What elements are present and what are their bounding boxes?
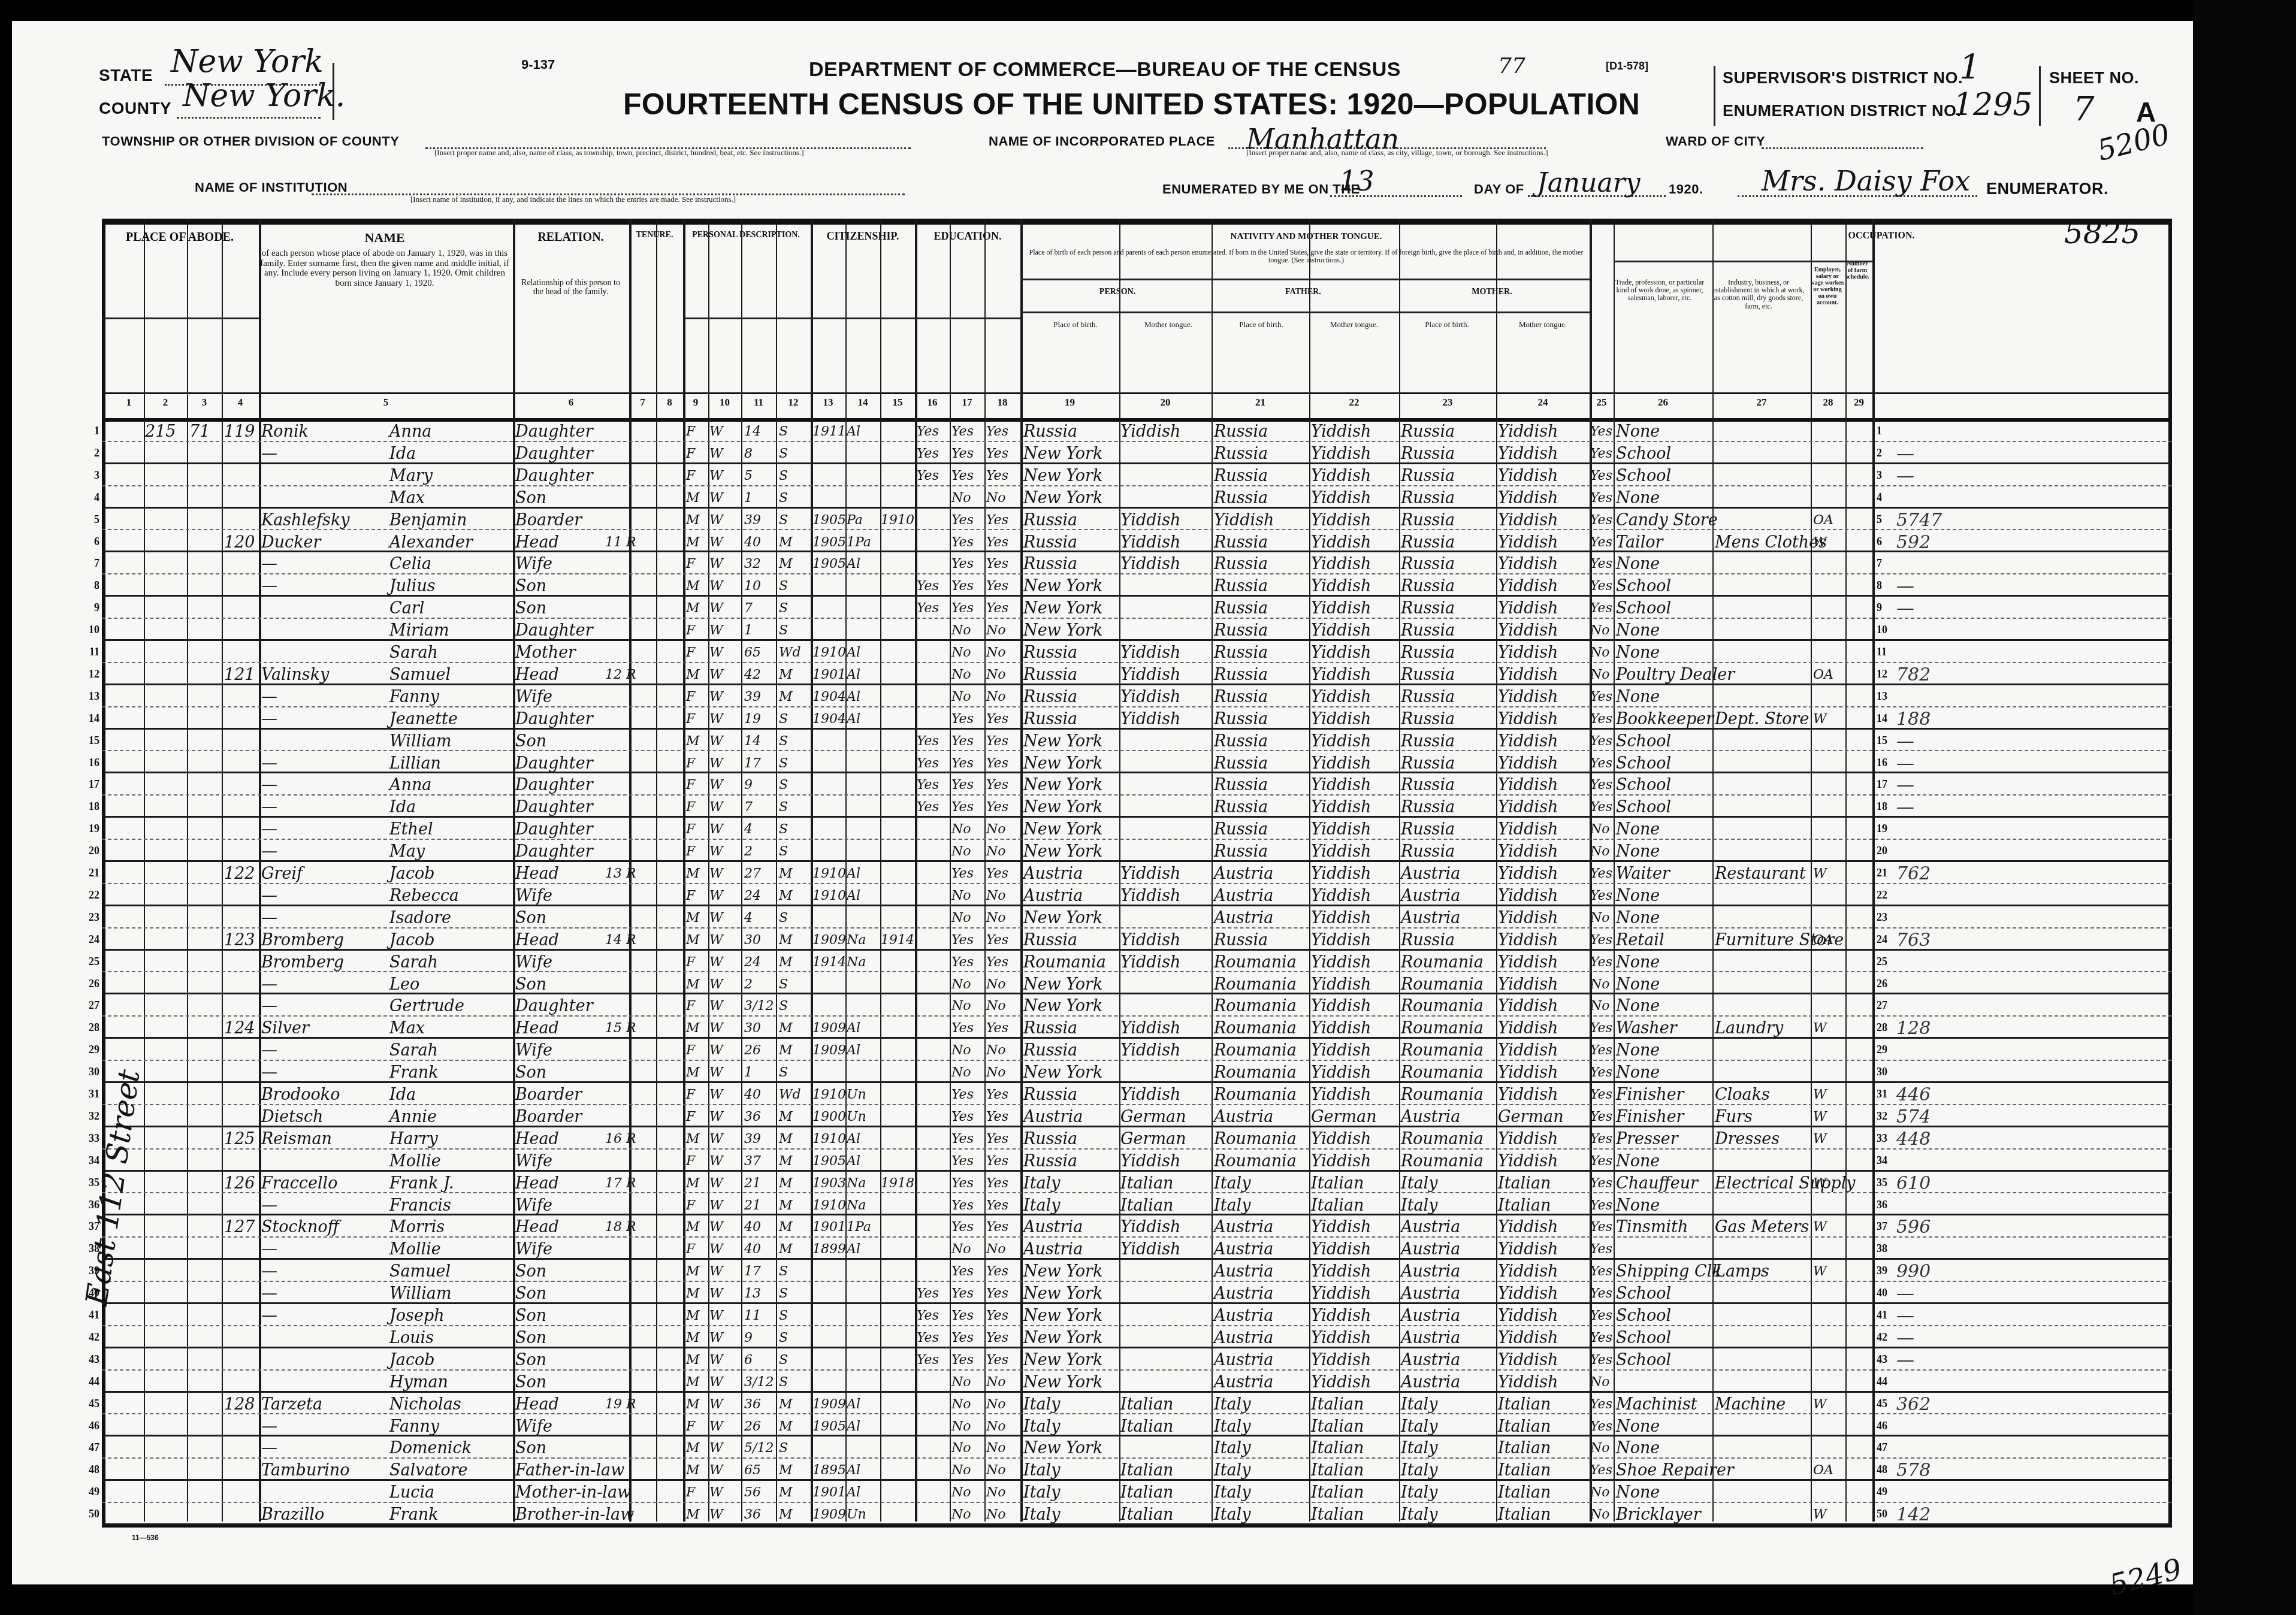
cell-relation: Son — [515, 906, 617, 929]
line-number: 30 — [84, 1066, 99, 1078]
cell-m-tongue: Italian — [1498, 1415, 1588, 1437]
cell-industry: Gas Meters — [1715, 1215, 1811, 1238]
cell-school — [917, 840, 949, 862]
cell-birth: New York — [1023, 1371, 1119, 1393]
cell-m-tongue: Yiddish — [1498, 420, 1588, 442]
cell-race: W — [709, 619, 741, 641]
cell-class: W — [1813, 707, 1844, 730]
cell-industry: Dept. Store — [1715, 707, 1811, 730]
cell-age: 39 — [744, 1127, 775, 1150]
cell-dwelling — [189, 486, 219, 509]
cell-race: W — [709, 862, 741, 884]
cell-surname: — — [261, 442, 385, 464]
cell-nat — [847, 1304, 878, 1326]
line-number-right: 26 — [1877, 978, 1892, 990]
cell-english: Yes — [1590, 552, 1613, 574]
cell-tenure — [605, 1304, 653, 1326]
cell-marital: S — [779, 994, 809, 1017]
cell-tenure — [605, 951, 653, 973]
cell-read: Yes — [951, 796, 984, 818]
margin-note — [1896, 1238, 1944, 1260]
cell-surname: — — [261, 1260, 385, 1282]
cell-sex: F — [686, 752, 708, 774]
cell-nat: Un — [847, 1105, 878, 1127]
cell-f-tongue: Italian — [1311, 1459, 1398, 1481]
cell-tenure — [605, 420, 653, 442]
cell-dwelling — [189, 1260, 219, 1282]
cell-m-tongue: Yiddish — [1498, 707, 1588, 730]
line-number-right: 18 — [1877, 800, 1892, 813]
cell-birth: New York — [1023, 619, 1119, 641]
cell-m-tongue: Yiddish — [1498, 1061, 1588, 1083]
cell-dwelling — [189, 1172, 219, 1194]
cell-immig: 1911 — [812, 420, 847, 442]
cell-dwelling — [189, 1150, 219, 1172]
cell-nat: Al — [847, 1127, 878, 1150]
cell-f-tongue: Yiddish — [1311, 509, 1398, 531]
cell-nat — [847, 773, 878, 796]
cell-family — [224, 1039, 255, 1061]
cell-trade: None — [1616, 1415, 1718, 1437]
incorporated-place-note: [Insert proper name and, also, name of c… — [1246, 148, 1548, 158]
cell-industry — [1715, 1326, 1811, 1348]
cell-nat — [847, 818, 878, 840]
cell-class — [1813, 1150, 1844, 1172]
cell-relation: Wife — [515, 1039, 617, 1061]
cell-family — [224, 1282, 255, 1304]
cell-f-birth: Roumania — [1214, 951, 1310, 973]
cell-f-birth: Roumania — [1214, 973, 1310, 995]
cell-industry — [1715, 752, 1811, 774]
margin-note — [1896, 884, 1944, 906]
cell-m-tongue: Yiddish — [1498, 1127, 1588, 1150]
cell-age: 14 — [744, 420, 775, 442]
sheet-value: 7 — [2073, 90, 2095, 129]
cell-english: Yes — [1590, 951, 1613, 973]
cell-race: W — [709, 818, 741, 840]
cell-birth: Italy — [1023, 1481, 1119, 1503]
cell-race: W — [709, 796, 741, 818]
cell-f-tongue: Italian — [1311, 1172, 1398, 1194]
cell-house — [145, 1215, 181, 1238]
cell-tongue — [1120, 752, 1210, 774]
cell-m-tongue: Yiddish — [1498, 951, 1588, 973]
line-number-right: 44 — [1877, 1375, 1892, 1388]
cell-m-birth: Austria — [1401, 1260, 1496, 1282]
cell-race: W — [709, 1238, 741, 1260]
cell-race: W — [709, 1039, 741, 1061]
cell-marital: S — [779, 1282, 809, 1304]
cell-dwelling: 71 — [189, 420, 219, 442]
cell-f-birth: Russia — [1214, 597, 1310, 619]
header-rule — [1614, 261, 1872, 262]
cell-age: 40 — [744, 1083, 775, 1105]
cell-school — [917, 1503, 949, 1525]
cell-f-birth: Roumania — [1214, 1017, 1310, 1039]
cell-race: W — [709, 1105, 741, 1127]
cell-industry — [1715, 773, 1811, 796]
cell-family — [224, 597, 255, 619]
cell-sex: M — [686, 663, 708, 685]
cell-industry: Furniture Store — [1715, 929, 1811, 951]
cell-birth: Italy — [1023, 1172, 1119, 1194]
cell-tongue: Italian — [1120, 1503, 1210, 1525]
cell-m-tongue: Italian — [1498, 1172, 1588, 1194]
cell-family: 124 — [224, 1017, 255, 1039]
cell-marital: M — [779, 1127, 809, 1150]
cell-marital: S — [779, 840, 809, 862]
cell-family — [224, 1304, 255, 1326]
schedule-rows: 1121571119RonikAnnaDaughterFW14S1911AlYe… — [102, 420, 2172, 1528]
cell-read: No — [951, 1061, 984, 1083]
cell-family: 125 — [224, 1127, 255, 1150]
cell-natyear — [881, 1260, 914, 1282]
cell-marital: S — [779, 1371, 809, 1393]
cell-english: No — [1590, 1481, 1613, 1503]
cell-tongue: Italian — [1120, 1393, 1210, 1415]
cell-trade: None — [1616, 1039, 1718, 1061]
cell-sex: F — [686, 1150, 708, 1172]
line-number-right: 19 — [1877, 822, 1892, 835]
cell-m-birth: Russia — [1401, 574, 1496, 597]
cell-m-tongue: Italian — [1498, 1194, 1588, 1216]
cell-relation: Daughter — [515, 442, 617, 464]
cell-birth: New York — [1023, 597, 1119, 619]
cell-house — [145, 1436, 181, 1459]
cell-industry — [1715, 1238, 1811, 1260]
cell-dwelling — [189, 597, 219, 619]
table-row: 3131BrodookoIdaBoarderFW40Wd1910UnYesYes… — [102, 1083, 2172, 1105]
cell-m-birth: Italy — [1401, 1393, 1496, 1415]
line-number: 3 — [84, 469, 99, 482]
cell-read: Yes — [951, 1260, 984, 1282]
cell-class — [1813, 773, 1844, 796]
cell-house — [145, 552, 181, 574]
margin-note — [1896, 951, 1944, 973]
cell-house — [145, 486, 181, 509]
cell-house — [145, 509, 181, 531]
table-row: 1919—EthelDaughterFW4SNoNoNew YorkRussia… — [102, 818, 2172, 840]
cell-birth: Italy — [1023, 1194, 1119, 1216]
cell-f-birth: Roumania — [1214, 1039, 1310, 1061]
cell-read: Yes — [951, 862, 984, 884]
cell-nat — [847, 486, 878, 509]
cell-surname: Kashlefsky — [261, 509, 385, 531]
cell-natyear — [881, 619, 914, 641]
line-number-right: 24 — [1877, 933, 1892, 946]
margin-note — [1896, 973, 1944, 995]
cell-m-tongue: Yiddish — [1498, 663, 1588, 685]
line-number: 25 — [84, 955, 99, 968]
cell-read: Yes — [951, 597, 984, 619]
cell-tongue — [1120, 973, 1210, 995]
cell-f-birth: Austria — [1214, 884, 1310, 906]
cell-house — [145, 773, 181, 796]
cell-english: Yes — [1590, 509, 1613, 531]
cell-class: W — [1813, 1393, 1844, 1415]
cell-immig — [812, 796, 847, 818]
cell-school — [917, 1172, 949, 1194]
cell-nat — [847, 442, 878, 464]
cell-read: Yes — [951, 442, 984, 464]
cell-relation: Son — [515, 1304, 617, 1326]
cell-relation: Son — [515, 1348, 617, 1371]
cell-race: W — [709, 951, 741, 973]
cell-industry — [1715, 1503, 1811, 1525]
cell-sex: M — [686, 1127, 708, 1150]
cell-surname — [261, 464, 385, 486]
cell-read: No — [951, 663, 984, 685]
line-number: 44 — [84, 1375, 99, 1388]
margin-note — [1896, 1436, 1944, 1459]
cell-trade: Finisher — [1616, 1105, 1718, 1127]
cell-sex: M — [686, 597, 708, 619]
margin-note: 592 — [1896, 531, 1944, 553]
cell-f-tongue: Yiddish — [1311, 552, 1398, 574]
cell-class — [1813, 818, 1844, 840]
cell-f-tongue: Yiddish — [1311, 1348, 1398, 1371]
cell-immig: 1914 — [812, 951, 847, 973]
cell-surname: — — [261, 1194, 385, 1216]
cell-natyear — [881, 1017, 914, 1039]
cell-surname: — — [261, 773, 385, 796]
margin-number-top: 5200 — [2094, 117, 2173, 168]
year-label: 1920. — [1669, 182, 1703, 197]
cell-tenure — [605, 442, 653, 464]
cell-f-tongue: Yiddish — [1311, 906, 1398, 929]
cell-f-birth: Roumania — [1214, 1127, 1310, 1150]
cell-relation: Head — [515, 1127, 617, 1150]
cell-birth: Russia — [1023, 420, 1119, 442]
table-row: 3838—MollieWifeFW40M1899AlNoNoAustriaYid… — [102, 1238, 2172, 1260]
cell-marital: M — [779, 1415, 809, 1437]
cell-m-tongue: Yiddish — [1498, 1348, 1588, 1371]
cell-tenure — [605, 1150, 653, 1172]
cell-f-tongue: Italian — [1311, 1415, 1398, 1437]
margin-note — [1896, 1039, 1944, 1061]
cell-house — [145, 796, 181, 818]
margin-note: — — [1896, 464, 1944, 486]
cell-race: W — [709, 1436, 741, 1459]
cell-birth: Russia — [1023, 509, 1119, 531]
cell-marital: M — [779, 1039, 809, 1061]
line-number: 21 — [84, 867, 99, 879]
cell-age: 39 — [744, 685, 775, 707]
cell-f-birth: Austria — [1214, 1348, 1310, 1371]
cell-read: Yes — [951, 1083, 984, 1105]
cell-english: Yes — [1590, 1105, 1613, 1127]
cell-sex: F — [686, 420, 708, 442]
cell-trade: Finisher — [1616, 1083, 1718, 1105]
cell-class — [1813, 641, 1844, 663]
cell-dwelling — [189, 973, 219, 995]
cell-school — [917, 1260, 949, 1282]
cell-given: Carl — [389, 597, 509, 619]
cell-tongue: Italian — [1120, 1194, 1210, 1216]
cell-school — [917, 1459, 949, 1481]
cell-dwelling — [189, 1348, 219, 1371]
cell-immig: 1905 — [812, 1415, 847, 1437]
cell-marital: M — [779, 1105, 809, 1127]
header-rule — [1020, 279, 1590, 280]
line-number: 26 — [84, 978, 99, 990]
cell-tongue — [1120, 1348, 1210, 1371]
cell-write: No — [986, 906, 1019, 929]
cell-age: 37 — [744, 1150, 775, 1172]
cell-tongue: Italian — [1120, 1415, 1210, 1437]
margin-number-bottom: 5249 — [2106, 1552, 2185, 1602]
cell-surname: — — [261, 752, 385, 774]
cell-m-birth: Austria — [1401, 1282, 1496, 1304]
table-row: 2020—MayDaughterFW2SNoNoNew YorkRussiaYi… — [102, 840, 2172, 862]
cell-school: Yes — [917, 420, 949, 442]
cell-birth: Austria — [1023, 1238, 1119, 1260]
cell-age: 6 — [744, 1348, 775, 1371]
cell-race: W — [709, 840, 741, 862]
cell-sex: M — [686, 730, 708, 752]
cell-natyear — [881, 442, 914, 464]
table-row: 99CarlSonMW7SYesYesYesNew YorkRussiaYidd… — [102, 597, 2172, 619]
cell-school — [917, 1017, 949, 1039]
cell-immig: 1909 — [812, 1039, 847, 1061]
cell-m-tongue: Yiddish — [1498, 884, 1588, 906]
cell-m-birth: Roumania — [1401, 1061, 1496, 1083]
cell-class — [1813, 619, 1844, 641]
cell-class — [1813, 420, 1844, 442]
cell-f-tongue: Yiddish — [1311, 1260, 1398, 1282]
cell-m-birth: Russia — [1401, 752, 1496, 774]
cell-industry — [1715, 1194, 1811, 1216]
cell-relation: Son — [515, 1061, 617, 1083]
cell-dwelling — [189, 862, 219, 884]
cell-tenure — [605, 1282, 653, 1304]
table-row: 4848TamburinoSalvatoreFather-in-lawMW65M… — [102, 1459, 2172, 1481]
form-code: [D1-578] — [1606, 60, 1648, 72]
institution-note: [Insert name of institution, if any, and… — [410, 195, 736, 204]
cell-tongue — [1120, 840, 1210, 862]
cell-immig: 1910 — [812, 884, 847, 906]
cell-school — [917, 641, 949, 663]
cell-given: Julius — [389, 574, 509, 597]
cell-m-birth: Roumania — [1401, 951, 1496, 973]
cell-race: W — [709, 1371, 741, 1393]
cell-immig — [812, 1061, 847, 1083]
table-row: 55KashlefskyBenjaminBoarderMW39S1905Pa19… — [102, 509, 2172, 531]
cell-write: No — [986, 486, 1019, 509]
cell-given: Max — [389, 1017, 509, 1039]
cell-f-tongue: Yiddish — [1311, 1061, 1398, 1083]
cell-write: No — [986, 1039, 1019, 1061]
cell-natyear — [881, 1326, 914, 1348]
cell-f-birth: Italy — [1214, 1415, 1310, 1437]
cell-natyear — [881, 1415, 914, 1437]
ward-line — [1762, 144, 1923, 149]
cell-race: W — [709, 1215, 741, 1238]
cell-natyear — [881, 951, 914, 973]
cell-read: Yes — [951, 1150, 984, 1172]
cell-birth: New York — [1023, 442, 1119, 464]
cell-immig — [812, 1326, 847, 1348]
cell-birth: New York — [1023, 773, 1119, 796]
cell-trade: None — [1616, 1481, 1718, 1503]
cell-english: Yes — [1590, 1215, 1613, 1238]
cell-marital: M — [779, 1459, 809, 1481]
cell-family — [224, 752, 255, 774]
cell-class: W — [1813, 531, 1844, 553]
cell-sex: M — [686, 1371, 708, 1393]
cell-m-tongue: Yiddish — [1498, 641, 1588, 663]
cell-given: Fanny — [389, 685, 509, 707]
cell-industry: Electrical Supply — [1715, 1172, 1811, 1194]
cell-surname: Fraccello — [261, 1172, 385, 1194]
cell-tenure — [605, 1194, 653, 1216]
cell-f-birth: Italy — [1214, 1481, 1310, 1503]
cell-given: Hyman — [389, 1371, 509, 1393]
cell-relation: Wife — [515, 1150, 617, 1172]
cell-nat: Al — [847, 663, 878, 685]
cell-f-birth: Russia — [1214, 796, 1310, 818]
cell-family: 122 — [224, 862, 255, 884]
cell-english: No — [1590, 619, 1613, 641]
cell-dwelling — [189, 818, 219, 840]
cell-write: No — [986, 1393, 1019, 1415]
line-number: 42 — [84, 1331, 99, 1344]
table-row: 1313—FannyWifeFW39M1904AlNoNoRussiaYiddi… — [102, 685, 2172, 707]
cell-f-birth: Roumania — [1214, 1061, 1310, 1083]
header-rule — [915, 317, 1020, 319]
cell-tenure — [605, 1083, 653, 1105]
cell-read: No — [951, 1459, 984, 1481]
line-number-right: 23 — [1877, 911, 1892, 924]
cell-immig — [812, 730, 847, 752]
cell-house — [145, 818, 181, 840]
cell-race: W — [709, 1459, 741, 1481]
cell-birth: Russia — [1023, 1127, 1119, 1150]
cell-english: No — [1590, 1371, 1613, 1393]
cell-trade: Machinist — [1616, 1393, 1718, 1415]
cell-write: No — [986, 619, 1019, 641]
cell-f-tongue: Yiddish — [1311, 597, 1398, 619]
cell-age: 1 — [744, 619, 775, 641]
cell-write: No — [986, 1436, 1019, 1459]
cell-english: No — [1590, 840, 1613, 862]
cell-f-birth: Roumania — [1214, 994, 1310, 1017]
cell-marital: S — [779, 1304, 809, 1326]
cell-dwelling — [189, 1215, 219, 1238]
cell-trade — [1616, 1371, 1718, 1393]
cell-nat — [847, 994, 878, 1017]
cell-race: W — [709, 773, 741, 796]
cell-surname — [261, 597, 385, 619]
margin-note — [1896, 1150, 1944, 1172]
cell-nat — [847, 840, 878, 862]
cell-birth: Austria — [1023, 884, 1119, 906]
cell-trade: Tailor — [1616, 531, 1718, 553]
cell-surname: Tarzeta — [261, 1393, 385, 1415]
cell-age: 42 — [744, 663, 775, 685]
cell-english: Yes — [1590, 929, 1613, 951]
table-row: 3232DietschAnnieBoarderFW36M1900UnYesYes… — [102, 1105, 2172, 1127]
cell-sex: M — [686, 1282, 708, 1304]
cell-f-tongue: Yiddish — [1311, 929, 1398, 951]
cell-given: Sarah — [389, 951, 509, 973]
cell-age: 17 — [744, 1260, 775, 1282]
cell-f-tongue: Yiddish — [1311, 1215, 1398, 1238]
cell-tongue: Yiddish — [1120, 929, 1210, 951]
cell-industry — [1715, 1304, 1811, 1326]
margin-note: — — [1896, 1348, 1944, 1371]
cell-house — [145, 1348, 181, 1371]
